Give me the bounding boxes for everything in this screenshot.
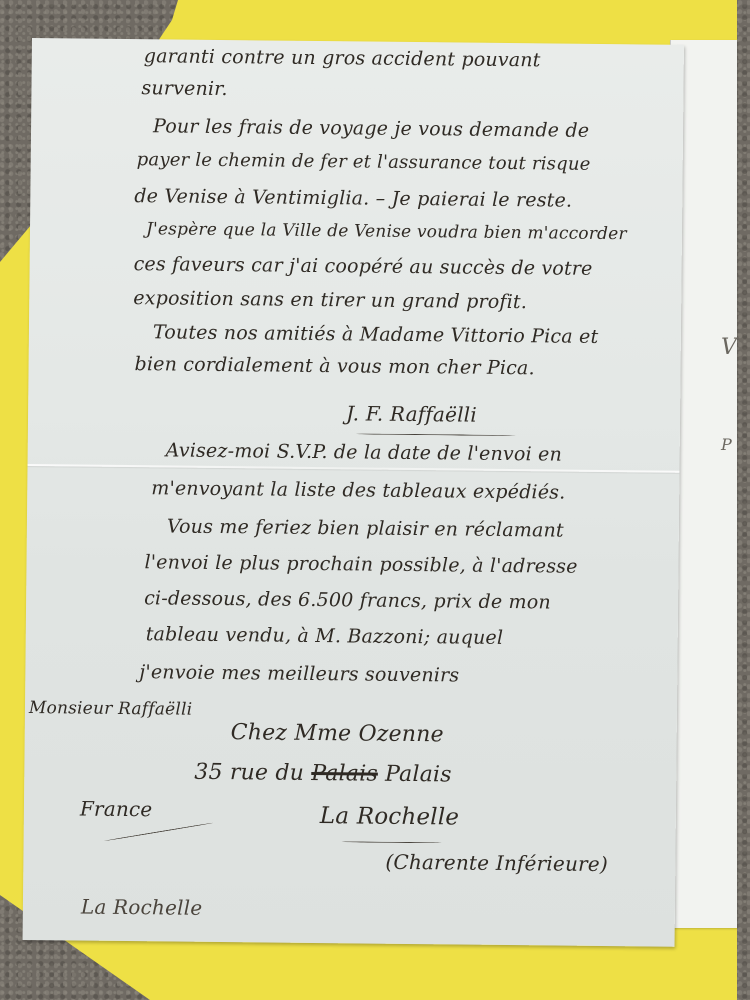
address-city: La Rochelle xyxy=(320,805,460,829)
postscript-line: j'envoie mes meilleurs souvenirs xyxy=(139,663,459,685)
letter-page: garanti contre un gros accident pouvant … xyxy=(23,38,684,947)
back-page-ink-mark: V xyxy=(721,335,737,360)
body-line: payer le chemin de fer et l'assurance to… xyxy=(137,151,591,174)
body-line: Toutes nos amitiés à Madame Vittorio Pic… xyxy=(153,323,599,347)
address-struck-word: Palais xyxy=(311,761,378,787)
body-line: de Venise à Ventimiglia. – Je paierai le… xyxy=(134,187,572,211)
address-region: (Charente Inférieure) xyxy=(385,852,608,874)
back-page-ink-mark: P xyxy=(721,435,732,454)
signature: J. F. Raffaëlli xyxy=(346,403,477,424)
postscript-line: tableau vendu, à M. Bazzoni; auquel xyxy=(146,625,504,648)
city-underline xyxy=(342,841,442,843)
address-line2: 35 rue du Palais Palais xyxy=(194,762,452,787)
postscript-line: Avisez-moi S.V.P. de la date de l'envoi … xyxy=(166,441,562,464)
address-street-prefix: 35 rue du xyxy=(194,760,304,786)
body-line: survenir. xyxy=(141,79,227,99)
signature-underline xyxy=(356,433,516,436)
body-line: exposition sans en tirer un grand profit… xyxy=(133,289,527,312)
address-country: France xyxy=(80,799,153,820)
address-line1: Chez Mme Ozenne xyxy=(231,722,444,746)
body-line: Pour les frais de voyage je vous demande… xyxy=(153,117,589,141)
body-line: ces faveurs car j'ai coopéré au succès d… xyxy=(134,255,593,279)
paper-fold-crease xyxy=(28,464,680,473)
postscript-line: m'envoyant la liste des tableaux expédié… xyxy=(151,479,565,502)
postscript-line: l'envoi le plus prochain possible, à l'a… xyxy=(144,553,577,577)
address-street-name: Palais xyxy=(385,762,452,788)
country-underline xyxy=(104,822,213,841)
footer-note: La Rochelle xyxy=(81,897,203,918)
body-line: J'espère que la Ville de Venise voudra b… xyxy=(146,221,627,243)
body-line: garanti contre un gros accident pouvant xyxy=(144,47,541,70)
postscript-line: Vous me feriez bien plaisir en réclamant xyxy=(167,517,564,540)
postscript-line: ci-dessous, des 6.500 francs, prix de mo… xyxy=(144,589,551,612)
address-recipient-name: Monsieur Raffaëlli xyxy=(29,700,192,719)
body-line: bien cordialement à vous mon cher Pica. xyxy=(134,355,534,378)
